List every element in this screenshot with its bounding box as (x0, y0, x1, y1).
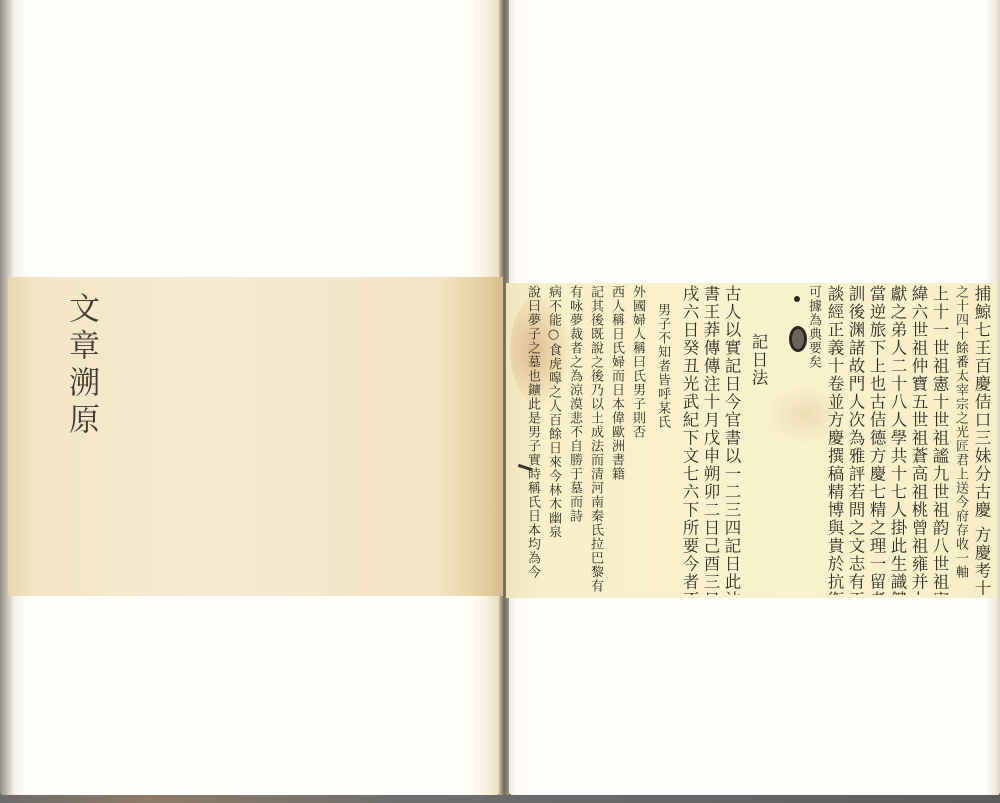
ink-seal-mark (789, 326, 807, 352)
text-column: 獻之弟人二十八人學共十七人掛此生識鍵但者並世四數 (887, 285, 908, 595)
text-column: 有咏夢裁者之為涼漠悲不自勝于墓而詩 (564, 285, 585, 595)
text-column: 緯六世祖仲寶五世祖蒼高祖桃曾祖雍并九世祖 (908, 285, 929, 595)
text-column: 古人以實記日今官書以一二三四記日此法倣于漢 (721, 285, 742, 595)
text-column: 西人稱日氏婦而日本偉歐洲書籍 (606, 285, 627, 595)
text-column: 可據為典要矣 (803, 285, 824, 595)
text-column: 上十一世祖憲十世祖謐九世祖韵八世祖憲貞七世祖 (929, 285, 950, 595)
text-column: 戌六日癸丑光武紀下文七六下所要今者不同也 (679, 285, 700, 595)
text-column: 書王莽傳傳注十月戊申朔卯二日己酉三日庚 (700, 285, 721, 595)
text-column: 病不能○食虎嗥之人百餘日來今林木幽泉 (543, 285, 564, 595)
book-title: 文章溯原 (62, 292, 100, 440)
punctuation-dot (794, 296, 800, 302)
text-column: 之十四十餘番太宰宗之光匠君上送今府存收一軸 (950, 285, 971, 595)
text-column: 說曰夢子之墓也鑛此是男子實時稱氏日本均為今 (522, 285, 543, 595)
text-column: 捕鯨七王百慶佶口三妹分古慶 方慶考十世祖 (971, 285, 992, 595)
handwritten-columns: 捕鯨七王百慶佶口三妹分古慶 方慶考十世祖 之十四十餘番太宰宗之光匠君上送今府存收… (512, 285, 996, 595)
text-column: 當逆旅下上也古佶德方慶七精之理一留者有兩涉藏 (866, 285, 887, 595)
text-column: 記日法 (748, 333, 769, 595)
scanner-bed-edge (0, 795, 1000, 803)
text-column: 男子不知者皆呼某氏 (652, 303, 673, 595)
text-column: 談經正義十卷並方慶撰稿精博與貴於抗衡甘 (824, 285, 845, 595)
text-column: 外國婦人稱曰氏男子則否 (627, 285, 648, 595)
text-column: 訓後渊諸故門人次為雅評若問之文志有王百慶 (845, 285, 866, 595)
text-column: 記其後既說之後乃以土成法而清河南秦氏拉巴黎有 (585, 285, 606, 595)
